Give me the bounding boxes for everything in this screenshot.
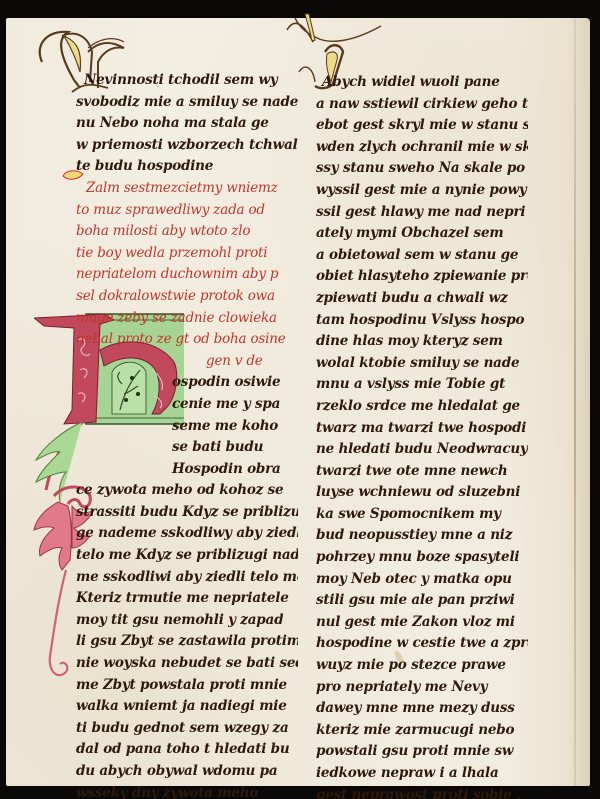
rubric-line: gen v de <box>76 351 298 373</box>
text-line: nul gest mie Zakon vloz mi <box>316 612 528 634</box>
text-line: seme me koho <box>76 416 298 438</box>
text-line: ospodin osiwie <box>76 372 298 394</box>
rubric-line: tie boy wedla przemohl proti <box>76 243 298 265</box>
text-line: a naw sstiewil cirkiew geho te <box>316 94 528 116</box>
text-line: stili gsu mie ale pan prziwi <box>316 590 528 612</box>
text-line: se bati budu <box>76 437 298 459</box>
text-line: Abych widiel wuoli pane <box>316 72 528 94</box>
text-line: cenie me y spa <box>76 394 298 416</box>
text-line: dal od pana toho t hledati bu <box>76 739 298 761</box>
text-line: Nevinnosti tchodil sem wy <box>76 70 298 92</box>
text-line: tam hospodinu Vslyss hospo <box>316 310 528 332</box>
text-line: walka wniemt ja nadiegi mie <box>76 696 298 718</box>
text-line: a obietowal sem w stanu ge <box>316 245 528 267</box>
text-line: ebot gest skryl mie w stanu swe <box>316 115 528 137</box>
text-line: ge nademe sskodliwy aby ziedli <box>76 523 298 545</box>
page-fold-edge <box>574 18 576 786</box>
text-line: ka swe Spomocnikem my <box>316 504 528 526</box>
text-line: ti budu gednot sem wzegy za <box>76 718 298 740</box>
text-line: obiet hlasyteho zpiewanie pro <box>316 266 528 288</box>
text-line: rzeklo srdce me hledalat ge <box>316 396 528 418</box>
text-line: wuyz mie po stezce prawe <box>316 655 528 677</box>
text-line: nie woyska nebudet se bati sedc <box>76 653 298 675</box>
text-line: ce zywota meho od kohoz se <box>76 480 298 502</box>
text-line: gest neprawost proti sobie . <box>316 785 528 799</box>
text-line: hospodine w cestie twe a zpra <box>316 633 528 655</box>
text-line: telo me Kdyz se priblizugi nad <box>76 545 298 567</box>
text-line: ssil gest hlawy me nad nepri <box>316 202 528 224</box>
text-line: w priemosti wzborzech tchwali <box>76 135 298 157</box>
rubric-line: nepriatelom duchownim aby p <box>76 264 298 286</box>
text-line: twarzi twe ote mne newch <box>316 461 528 483</box>
text-line: zpiewati budu a chwali wz <box>316 288 528 310</box>
text-line: du abych obywal wdomu pa <box>76 761 298 783</box>
rubric-line: nebal proto ze gt od boha osine <box>76 329 298 351</box>
right-text-column: Abych widiel wuoli pane a naw sstiewil c… <box>316 72 528 799</box>
text-line: twarz ma twarzi twe hospodi <box>316 418 528 440</box>
text-line: nu Nebo noha ma stala ge <box>76 113 298 135</box>
text-line: kteriz mie zarmucugi nebo <box>316 720 528 742</box>
rubric-line: to muz sprawedliwy zada od <box>76 200 298 222</box>
rubric-line: sel dokralowstwie protok owa <box>76 286 298 308</box>
text-line: me Zbyt powstala proti mnie <box>76 675 298 697</box>
text-line: Kteriz trmutie me nepriatele <box>76 588 298 610</box>
text-line: strassiti budu Kdyz se priblizu <box>76 502 298 524</box>
text-line: moy tit gsu nemohli y zapad <box>76 610 298 632</box>
text-line: pohrzey mnu boze spasyteli <box>316 547 528 569</box>
rubric-line: muge zeby se zadnie clowieka <box>76 308 298 330</box>
text-line: dine hlas moy kteryz sem <box>316 331 528 353</box>
text-line: mnu a vslyss mie Tobie gt <box>316 374 528 396</box>
left-text-column: Nevinnosti tchodil sem wy svobodiz mie a… <box>76 70 298 799</box>
text-line: wden zlych ochranil mie w skry <box>316 137 528 159</box>
text-line: li gsu Zbyt se zastawila protim <box>76 631 298 653</box>
rubric-line: boha milosti aby wtoto zlo <box>76 221 298 243</box>
text-line: me sskodliwi aby ziedli telo me <box>76 567 298 589</box>
text-line: ne hledati budu Neodwracuy <box>316 439 528 461</box>
text-line: bud neopusstiey mne a niz <box>316 525 528 547</box>
text-line: wsseky dny zywota meho <box>76 783 298 799</box>
text-line: Hospodin obra <box>76 459 298 481</box>
text-line: svobodiz mie a smiluy se nadem <box>76 92 298 114</box>
text-line: ately mymi Obchazel sem <box>316 223 528 245</box>
text-line: wolal ktobie smiluy se nade <box>316 353 528 375</box>
text-line: powstali gsu proti mnie sw <box>316 741 528 763</box>
text-line: wyssil gest mie a nynie powy <box>316 180 528 202</box>
text-line: moy Neb otec y matka opu <box>316 569 528 591</box>
text-line: ssy stanu sweho Na skale po <box>316 158 528 180</box>
rubric-line: Zalm sestmezcietmy wniemz <box>76 178 298 200</box>
text-line: luyse wchniewu od sluzebni <box>316 482 528 504</box>
text-line: dawey mne mne mezy duss <box>316 698 528 720</box>
text-line: pro nepriately me Nevy <box>316 677 528 699</box>
text-line: iedkowe nepraw i a lhala <box>316 763 528 785</box>
text-line: te budu hospodine <box>76 156 298 178</box>
